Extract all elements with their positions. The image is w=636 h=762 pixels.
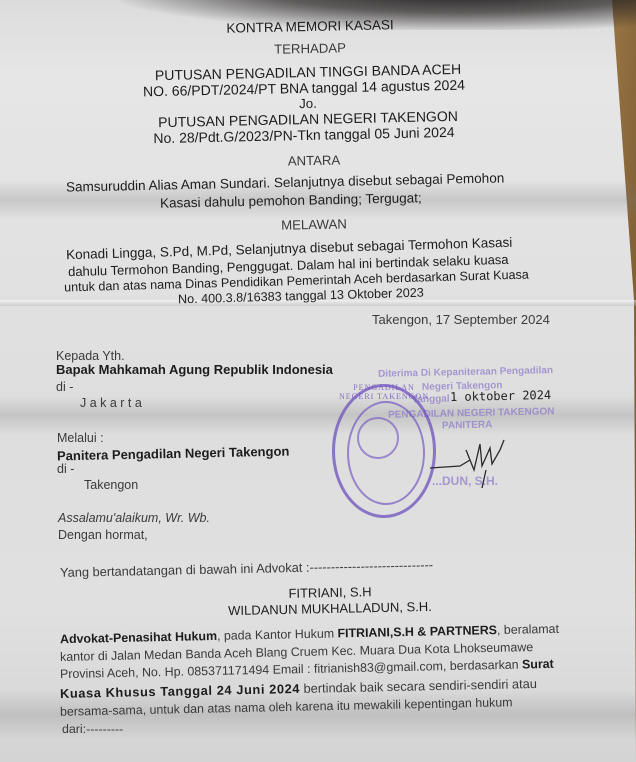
kepada-label: Kepada Yth. [56, 349, 125, 363]
hormat: Dengan hormat, [58, 528, 148, 542]
place-date: Takengon, 17 September 2024 [372, 312, 550, 327]
body-bold: Kuasa Khusus Tanggal 24 Juni 2024 [60, 681, 300, 701]
court-seal-stamp: PENGADILAN NEGERI TAKENGON [332, 384, 436, 518]
document-body: KONTRA MEMORI KASASI TERHADAP PUTUSAN PE… [0, 0, 636, 762]
city-takengon: Takengon [84, 478, 138, 492]
di-label-2: di - [57, 462, 74, 476]
recipient: Bapak Mahkamah Agung Republik Indonesia [56, 362, 333, 377]
scales-emblem-icon [357, 417, 399, 459]
pemohon-line-2: Kasasi dahulu pemohon Banding; Tergugat; [160, 190, 422, 210]
body-bold: Surat [522, 657, 554, 672]
pemohon-line-1: Samsuruddin Alias Aman Sundari. Selanjut… [66, 170, 505, 194]
melawan-label: MELAWAN [14, 211, 614, 239]
receipt-line-1: Diterima Di Kepaniteraan Pengadilan [378, 365, 553, 380]
receipt-date-handwritten: 1 oktober 2024 [450, 388, 551, 404]
terhadap-label: TERHADAP [10, 35, 610, 63]
body-text: , beralamat [497, 622, 559, 637]
body-line-6: dari:--------- [62, 722, 123, 736]
di-label-1: di - [56, 380, 73, 394]
seal-ring-text: PENGADILAN NEGERI TAKENGON [335, 383, 433, 401]
undersigned-line: Yang bertandatangan di bawah ini Advokat… [60, 557, 433, 580]
salutation: Assalamu'alaikum, Wr. Wb. [58, 511, 210, 525]
city-jakarta: J a k a r t a [80, 396, 142, 410]
body-text: bertindak baik secara sendiri-sendiri at… [300, 676, 537, 696]
signature-icon [430, 430, 520, 490]
body-text: , pada Kantor Hukum [217, 626, 338, 643]
body-role: Advokat-Penasihat Hukum [60, 629, 217, 646]
law-firm: FITRIANI,S.H & PARTNERS [337, 623, 497, 640]
antara-label: ANTARA [14, 147, 614, 175]
via-recipient: Panitera Pengadilan Negeri Takengon [57, 444, 290, 464]
melalui-label: Melalui : [57, 431, 104, 445]
